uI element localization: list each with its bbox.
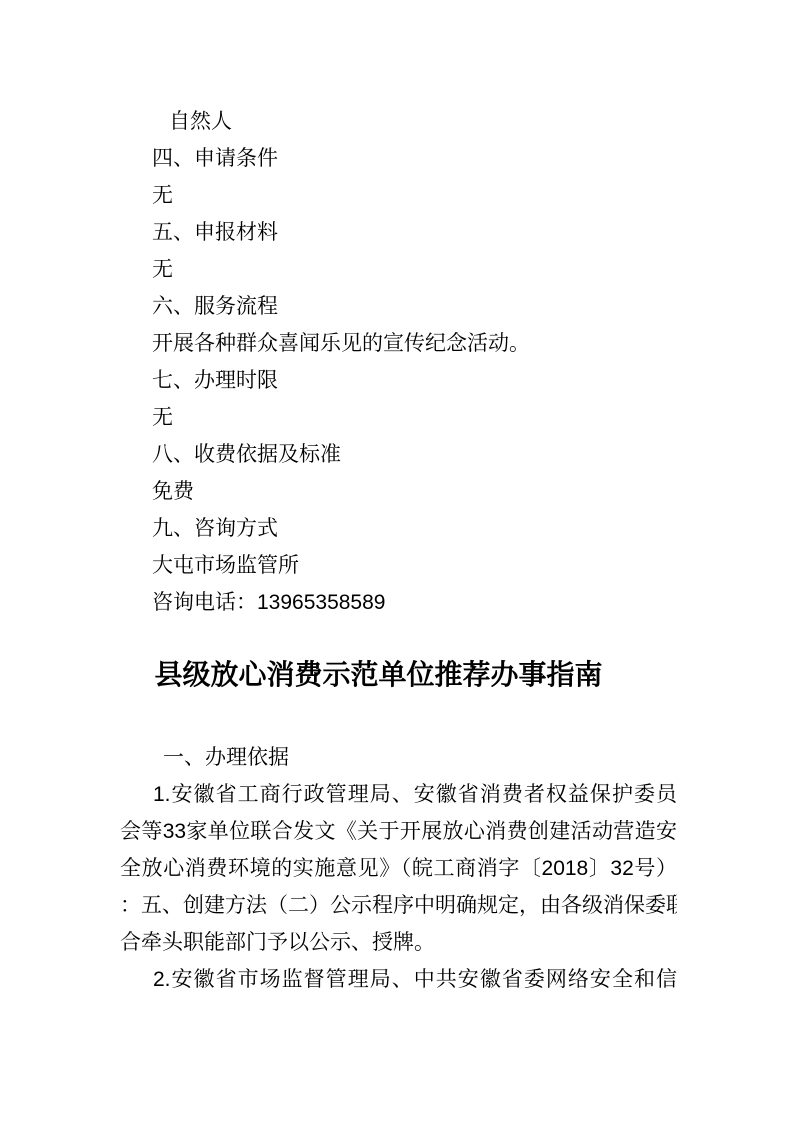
consult-phone-line: 咨询电话：13965358589	[120, 584, 677, 621]
guide-field-value: 无	[120, 399, 677, 436]
guide-title: 县级放心消费示范单位推荐办事指南	[120, 648, 637, 702]
previous-guide-tail-section: 自然人 四、申请条件 无 五、申报材料 无 六、服务流程 开展各种群众喜闻乐见的…	[120, 103, 677, 621]
guide-field-value: 免费	[120, 473, 677, 510]
guide-section-heading: 五、申报材料	[120, 214, 677, 251]
guide-field-value: 自然人	[120, 103, 677, 140]
guide-field-value: 无	[120, 251, 677, 288]
basis-paragraph-2: 2.安徽省市场监督管理局、中共安徽省委网络安全和信	[120, 961, 677, 998]
guide-section-heading: 四、申请条件	[120, 140, 677, 177]
guide-section-heading: 七、办理时限	[120, 362, 677, 399]
document-page: 自然人 四、申请条件 无 五、申报材料 无 六、服务流程 开展各种群众喜闻乐见的…	[0, 0, 793, 1122]
basis-paragraph-line: 全放心消费环境的实施意见》（皖工商消字〔2018〕32号）	[120, 850, 677, 887]
basis-paragraph-line: 2.安徽省市场监督管理局、中共安徽省委网络安全和信	[120, 961, 677, 998]
basis-section: 一、办理依据 1.安徽省工商行政管理局、安徽省消费者权益保护委员 会等33家单位…	[120, 739, 677, 998]
guide-field-value: 开展各种群众喜闻乐见的宣传纪念活动。	[120, 325, 677, 362]
guide-field-value: 无	[120, 177, 677, 214]
guide-section-heading: 九、咨询方式	[120, 510, 677, 547]
basis-paragraph-1: 1.安徽省工商行政管理局、安徽省消费者权益保护委员 会等33家单位联合发文《关于…	[120, 776, 677, 961]
basis-paragraph-line: 合牵头职能部门予以公示、授牌。	[120, 924, 677, 961]
guide-section-heading: 六、服务流程	[120, 288, 677, 325]
consult-office-line: 大屯市场监管所	[120, 547, 677, 584]
basis-paragraph-line: 会等33家单位联合发文《关于开展放心消费创建活动营造安	[120, 813, 677, 850]
guide-section-heading: 八、收费依据及标准	[120, 436, 677, 473]
basis-section-heading: 一、办理依据	[120, 739, 677, 776]
basis-paragraph-line: ：五、创建方法（二）公示程序中明确规定，由各级消保委联	[120, 887, 677, 924]
basis-paragraph-line: 1.安徽省工商行政管理局、安徽省消费者权益保护委员	[120, 776, 677, 813]
